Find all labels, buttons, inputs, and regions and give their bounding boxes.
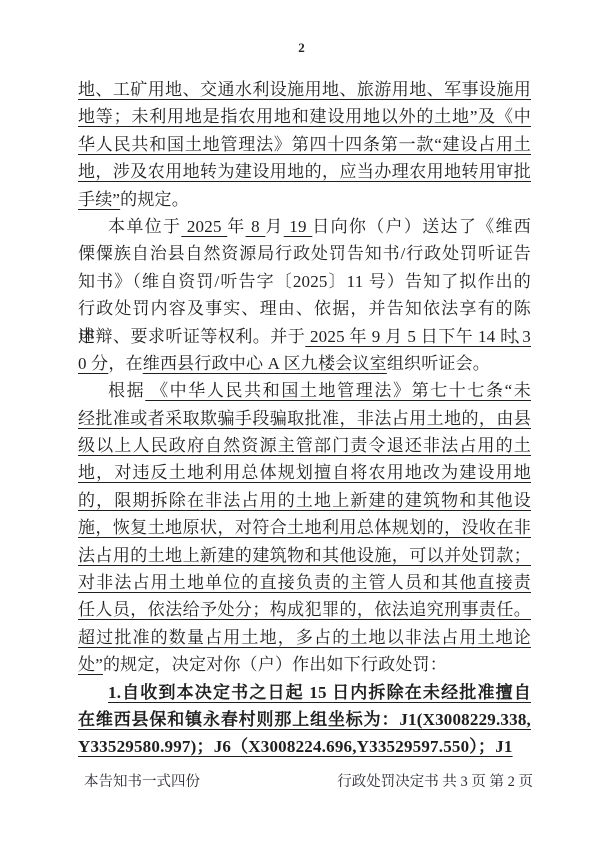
- document-line: 知书》（维自资罚/听告字〔2025〕11 号）告知了拟作出的: [78, 268, 531, 295]
- text-segment: 8: [246, 217, 266, 236]
- document-page: 2 地、工矿用地、交通水利设施用地、旅游用地、军事设施用地等；未利用地是指农用地…: [0, 0, 603, 852]
- document-line: 经批准或者采取欺骗手段骗取批准，非法占用土地的，由县: [78, 405, 531, 432]
- text-segment: 超过批准的数量占用土地，多占的土地以非法占用土地论: [78, 628, 531, 647]
- text-segment: 知书》（维自资罚/听告字〔2025〕11 号）告知了拟作出的: [78, 272, 531, 291]
- document-line: 手续”的规定。: [78, 186, 531, 213]
- text-segment: 组织听证会。: [387, 354, 490, 373]
- document-line: 本单位于 2025 年 8 月 19 日向你（户）送达了《维西: [78, 213, 531, 240]
- text-segment: Y33529580.997)；J6（X3008224.696,Y33529597…: [78, 737, 513, 756]
- text-segment: 维西县行政中心 A 区九楼会议室: [143, 354, 387, 373]
- text-segment: 本单位于: [108, 217, 181, 236]
- text-segment: 0 分: [78, 354, 108, 373]
- text-segment: 日向你（户）送达了《维西: [312, 217, 531, 236]
- document-line: 行政处罚内容及事实、理由、依据，并告知依法享有的陈述、: [78, 295, 531, 322]
- document-line: 地、工矿用地、交通水利设施用地、旅游用地、军事设施用: [78, 76, 531, 103]
- text-segment: 2025: [181, 217, 227, 236]
- text-segment: 1.自收到本决定书之日起 15 日内拆除在未经批准擅自: [108, 683, 531, 702]
- text-segment: 2025 年 9 月 5 日下午 14 时 3: [305, 327, 531, 346]
- text-segment: ，在: [108, 354, 142, 373]
- page-number: 2: [0, 40, 603, 56]
- document-line: 对非法占用土地单位的直接负责的主管人员和其他直接责: [78, 569, 531, 596]
- document-line: 0 分，在维西县行政中心 A 区九楼会议室组织听证会。: [78, 350, 531, 377]
- text-segment: 19: [284, 217, 313, 236]
- footer-copies-note: 本告知书一式四份: [84, 772, 200, 792]
- text-segment: 华人民共和国土地管理法》第四十四条第一款“建设占用土: [78, 135, 531, 154]
- document-line: 地等；未利用地是指农用地和建设用地以外的土地”及《中: [78, 103, 531, 130]
- document-line: 级以上人民政府自然资源主管部门责令退还非法占用的土: [78, 432, 531, 459]
- text-segment: 地，涉及农用地转为建设用地的，应当办理农用地转用审批: [78, 162, 531, 181]
- document-line: 地，对违反土地利用总体规划擅自将农用地改为建设用地: [78, 459, 531, 486]
- text-segment: 经批准或者采取欺骗手段骗取批准，非法占用土地的，由县: [78, 409, 531, 428]
- document-line: 处”的规定，决定对你（户）作出如下行政处罚：: [78, 651, 531, 678]
- text-segment: 对非法占用土地单位的直接负责的主管人员和其他直接责: [78, 573, 531, 592]
- document-line: 施，恢复土地原状，对符合土地利用总体规划的，没收在非: [78, 514, 531, 541]
- text-segment: 处”: [78, 655, 103, 674]
- document-line: 傈僳族自治县自然资源局行政处罚告知书/行政处罚听证告: [78, 240, 531, 267]
- text-segment: 施，恢复土地原状，对符合土地利用总体规划的，没收在非: [78, 518, 531, 537]
- text-segment: 在维西县保和镇永春村则那上组坐标为：J1(X3008229.338,: [78, 710, 531, 729]
- text-segment: 的，限期拆除在非法占用的土地上新建的建筑物和其他设: [78, 491, 531, 510]
- text-segment: 级以上人民政府自然资源主管部门责令退还非法占用的土: [78, 436, 531, 455]
- text-segment: 《中华人民共和国土地管理法》第七十七条“未: [145, 381, 531, 400]
- page-footer: 本告知书一式四份 行政处罚决定书 共 3 页 第 2 页: [84, 772, 533, 792]
- document-line: 华人民共和国土地管理法》第四十四条第一款“建设占用土: [78, 131, 531, 158]
- text-segment: 申辩、要求听证等权利。并于: [78, 327, 305, 346]
- document-line: 根据 《中华人民共和国土地管理法》第七十七条“未: [78, 377, 531, 404]
- document-line: 法占用的土地上新建的建筑物和其他设施，可以并处罚款；: [78, 542, 531, 569]
- text-segment: 的规定，决定对你（户）作出如下行政处罚：: [103, 655, 447, 674]
- text-segment: 傈僳族自治县自然资源局行政处罚告知书/行政处罚听证告: [78, 244, 531, 263]
- text-segment: 地、工矿用地、交通水利设施用地、旅游用地、军事设施用: [78, 80, 531, 99]
- document-line: 申辩、要求听证等权利。并于 2025 年 9 月 5 日下午 14 时 3: [78, 323, 531, 350]
- text-segment: 任人员，依法给予处分；构成犯罪的，依法追究刑事责任。: [78, 600, 531, 619]
- document-line: 的，限期拆除在非法占用的土地上新建的建筑物和其他设: [78, 487, 531, 514]
- text-segment: 法占用的土地上新建的建筑物和其他设施，可以并处罚款；: [78, 546, 531, 565]
- text-segment: 根据: [108, 381, 145, 400]
- text-segment: 手续”: [78, 190, 120, 209]
- text-segment: 月: [265, 217, 283, 236]
- footer-page-info: 行政处罚决定书 共 3 页 第 2 页: [337, 772, 533, 792]
- document-body: 地、工矿用地、交通水利设施用地、旅游用地、军事设施用地等；未利用地是指农用地和建…: [78, 76, 531, 761]
- text-segment: 年: [227, 217, 245, 236]
- document-line: Y33529580.997)；J6（X3008224.696,Y33529597…: [78, 733, 531, 760]
- document-line: 任人员，依法给予处分；构成犯罪的，依法追究刑事责任。: [78, 596, 531, 623]
- document-line: 1.自收到本决定书之日起 15 日内拆除在未经批准擅自: [78, 679, 531, 706]
- document-line: 在维西县保和镇永春村则那上组坐标为：J1(X3008229.338,: [78, 706, 531, 733]
- text-segment: 的规定。: [120, 190, 189, 209]
- document-line: 地，涉及农用地转为建设用地的，应当办理农用地转用审批: [78, 158, 531, 185]
- text-segment: 地，对违反土地利用总体规划擅自将农用地改为建设用地: [78, 463, 531, 482]
- document-line: 超过批准的数量占用土地，多占的土地以非法占用土地论: [78, 624, 531, 651]
- text-segment: 地等；未利用地是指农用地和建设用地以外的土地”及《中: [78, 107, 531, 126]
